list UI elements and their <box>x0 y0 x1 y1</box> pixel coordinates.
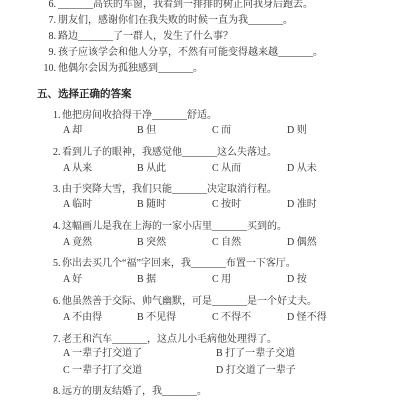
question-4: 4.这幅画儿是我在上海的一家小店里_______买到的。 <box>53 220 287 233</box>
option-d: D 偶然 <box>287 236 317 249</box>
fill-item-10: 10.他偶尔会因为孤独感到_______。 <box>43 62 203 75</box>
options-row-5: A 好B 据C 用D 按 <box>63 273 307 286</box>
options-row-1: A 却B 但C 而D 则 <box>63 124 307 137</box>
question-text: 这幅画儿是我在上海的一家小店里_______买到的。 <box>62 221 287 232</box>
option-a: A 却 <box>63 124 137 137</box>
option-c: C 从而 <box>212 162 287 175</box>
item-text: _______高铁的车窗，我看到一排排的树正向我身后跑去。 <box>58 0 313 10</box>
option-d: D 怪不得 <box>287 311 327 324</box>
question-7: 7.老王和汽车_______，这点儿小毛病他处理得了。 <box>53 333 277 346</box>
option-d: D 按 <box>287 273 307 286</box>
option-b: B 随时 <box>137 198 212 211</box>
question-text: 他把房间收拾得干净_______舒适。 <box>62 110 217 121</box>
fill-item-8: 8.路边_______了一群人，发生了什么事？ <box>43 30 233 43</box>
option-d: D 从未 <box>287 162 317 175</box>
option-b: B 但 <box>137 124 212 137</box>
option-a: A 竟然 <box>63 236 137 249</box>
worksheet-page: 6._______高铁的车窗，我看到一排排的树正向我身后跑去。 7.朋友们，感谢… <box>0 0 400 400</box>
fill-item-7: 7.朋友们，感谢你们在我失败的时候一直为我_______。 <box>43 14 293 27</box>
fill-item-9: 9.孩子应该学会和他人分享，不然有可能变得越来越_______。 <box>43 46 323 59</box>
option-c: C 用 <box>212 273 287 286</box>
item-text: 孩子应该学会和他人分享，不然有可能变得越来越_______。 <box>58 47 323 58</box>
question-number: 2. <box>53 146 61 159</box>
question-6: 6.他虽然善于交际、帅气幽默，可是_______是一个好丈夫。 <box>53 295 317 308</box>
question-number: 8. <box>53 385 61 398</box>
item-number: 6. <box>43 0 56 11</box>
question-text: 由于突降大雪，我们只能_______决定取消行程。 <box>62 184 277 195</box>
fill-item-6: 6._______高铁的车窗，我看到一排排的树正向我身后跑去。 <box>43 0 313 11</box>
option-a: A 从来 <box>63 162 137 175</box>
option-c: C 按时 <box>212 198 287 211</box>
question-2: 2.看到儿子的眼神，我感觉他_______这么失落过。 <box>53 146 277 159</box>
question-text: 他虽然善于交际、帅气幽默，可是_______是一个好丈夫。 <box>62 296 317 307</box>
question-text: 你出去买几个“福”字回来，我_______布置一下客厅。 <box>62 258 296 269</box>
question-number: 1. <box>53 109 61 122</box>
item-number: 8. <box>43 30 56 43</box>
options-row-2: A 从来B 从此C 从而D 从未 <box>63 162 317 175</box>
option-a: A 不由得 <box>63 311 137 324</box>
option-c: C 不得不 <box>212 311 287 324</box>
question-8: 8.远方的朋友结婚了，我_______。 <box>53 385 207 398</box>
option-b: B 据 <box>137 273 212 286</box>
option-d: D 则 <box>287 124 307 137</box>
options-row-6: A 不由得B 不见得C 不得不D 怪不得 <box>63 311 327 324</box>
options-row-4: A 竟然B 突然C 自然D 偶然 <box>63 236 317 249</box>
question-number: 7. <box>53 333 61 346</box>
option-c: C 自然 <box>212 236 287 249</box>
option-b: B 从此 <box>137 162 212 175</box>
question-text: 老王和汽车_______，这点儿小毛病他处理得了。 <box>62 334 277 345</box>
option-a: A 一辈子打交道了 <box>63 347 216 360</box>
question-text: 远方的朋友结婚了，我_______。 <box>62 386 207 397</box>
question-number: 6. <box>53 295 61 308</box>
item-number: 9. <box>43 46 56 59</box>
question-1: 1.他把房间收拾得干净_______舒适。 <box>53 109 217 122</box>
item-number: 7. <box>43 14 56 27</box>
question-3: 3.由于突降大雪，我们只能_______决定取消行程。 <box>53 183 277 196</box>
item-text: 朋友们，感谢你们在我失败的时候一直为我_______。 <box>58 15 293 26</box>
question-number: 4. <box>53 220 61 233</box>
question-number: 3. <box>53 183 61 196</box>
question-5: 5.你出去买几个“福”字回来，我_______布置一下客厅。 <box>53 257 296 270</box>
option-b: B 不见得 <box>137 311 212 324</box>
option-b: B 突然 <box>137 236 212 249</box>
options-row-7cd: C 一辈子打了交道D 打交道了一辈子 <box>63 364 296 377</box>
section-heading: 五、选择正确的答案 <box>37 88 132 101</box>
options-row-3: A 临时B 随时C 按时D 准时 <box>63 198 317 211</box>
option-d: D 准时 <box>287 198 317 211</box>
question-number: 5. <box>53 257 61 270</box>
option-b: B 打了一辈子交道 <box>216 347 295 360</box>
option-a: A 临时 <box>63 198 137 211</box>
question-text: 看到儿子的眼神，我感觉他_______这么失落过。 <box>62 147 277 158</box>
option-c: C 而 <box>212 124 287 137</box>
item-text: 路边_______了一群人，发生了什么事？ <box>58 31 233 42</box>
option-c: C 一辈子打了交道 <box>63 364 216 377</box>
option-a: A 好 <box>63 273 137 286</box>
item-number: 10. <box>43 62 56 75</box>
options-row-7ab: A 一辈子打交道了B 打了一辈子交道 <box>63 347 295 360</box>
item-text: 他偶尔会因为孤独感到_______。 <box>58 63 203 74</box>
option-d: D 打交道了一辈子 <box>216 364 296 377</box>
